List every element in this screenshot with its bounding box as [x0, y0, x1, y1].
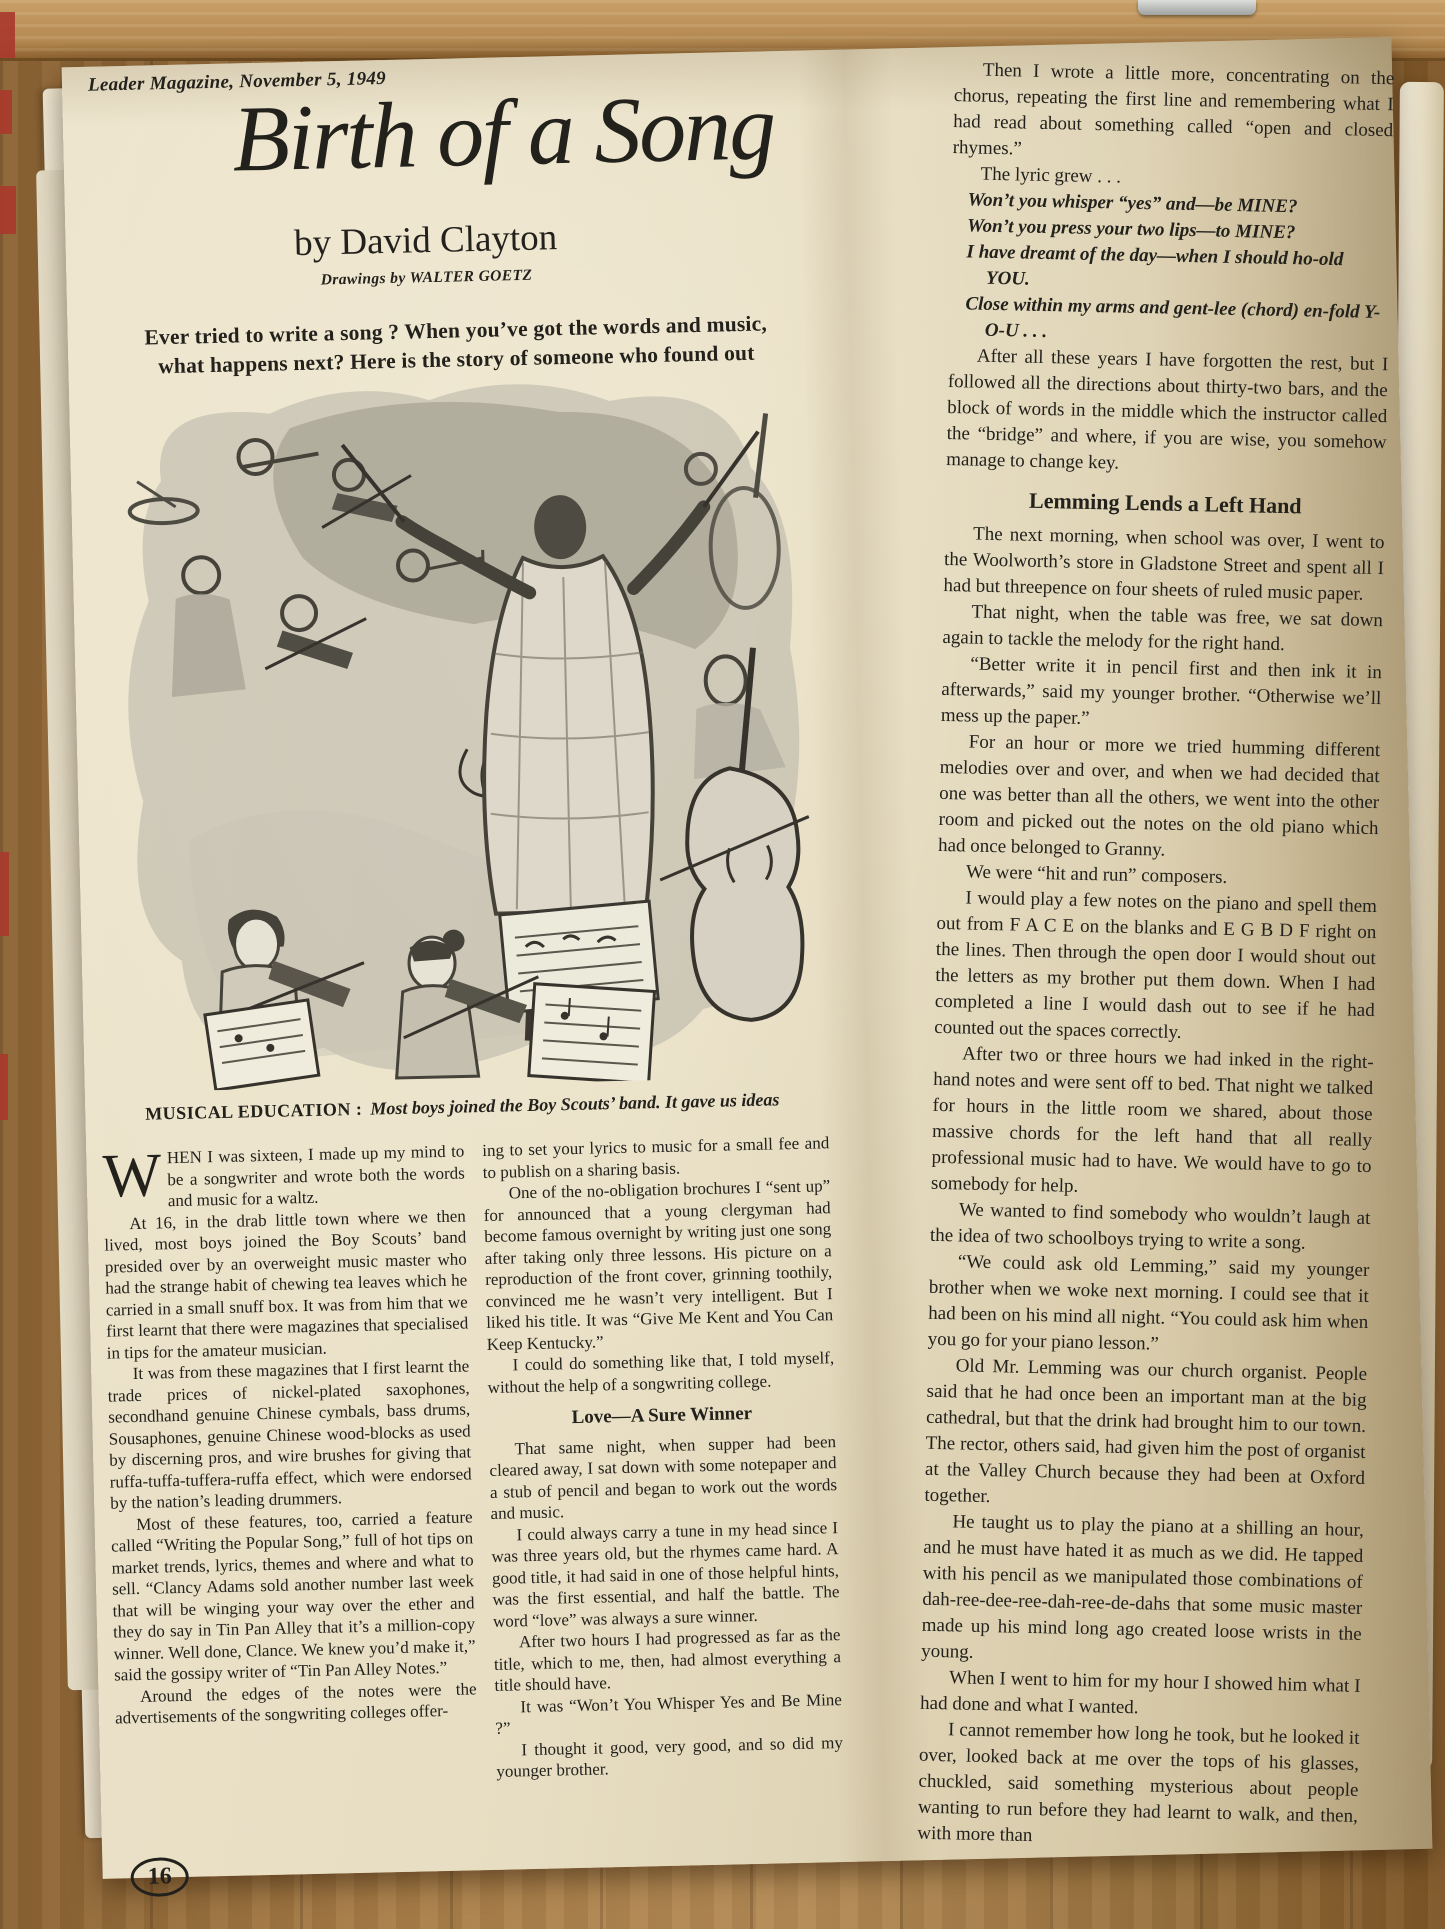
- paragraph: That night, when the table was free, we …: [942, 599, 1383, 660]
- paragraph: We wanted to find somebody who wouldn’t …: [930, 1197, 1371, 1258]
- paragraph: I would play a few notes on the piano an…: [934, 885, 1377, 1050]
- byline: by David Clayton: [125, 212, 726, 269]
- article-title: Birth of a Song: [132, 71, 874, 196]
- body-column-right: Then I wrote a little more, concentratin…: [917, 57, 1394, 1856]
- section-heading: Love—A Sure Winner: [488, 1401, 835, 1430]
- paragraph: Most of these features, too, carried a f…: [110, 1506, 476, 1686]
- paragraph: Old Mr. Lemming was our church organist.…: [924, 1353, 1367, 1518]
- paragraph: After all these years I have forgotten t…: [946, 343, 1389, 482]
- paragraph: I could do something like that, I told m…: [487, 1347, 835, 1398]
- paragraph: “We could ask old Lemming,” said my youn…: [927, 1249, 1369, 1362]
- paragraph: Then I wrote a little more, concentratin…: [952, 57, 1394, 170]
- drawings-credit: Drawings by WALTER GOETZ: [126, 262, 726, 294]
- paragraph: I thought it good, very good, and so did…: [496, 1732, 844, 1783]
- paragraph: WHEN I was sixteen, I made up my mind to…: [102, 1140, 465, 1213]
- paragraph: I cannot remember how long he took, but …: [917, 1717, 1360, 1856]
- red-ink-mark: [0, 1054, 8, 1120]
- paragraph: At 16, in the drab little town where we …: [104, 1205, 469, 1364]
- body-column-middle: ing to set your lyrics to music for a sm…: [482, 1132, 843, 1782]
- photo-caption: MUSICAL EDUCATION :Most boys joined the …: [99, 1088, 825, 1125]
- red-ink-mark: [0, 12, 15, 58]
- caption-label: MUSICAL EDUCATION :: [145, 1099, 363, 1124]
- paragraph: I have dreamt of the day—when I should h…: [950, 239, 1391, 300]
- paragraph: Around the edges of the notes were the a…: [114, 1678, 477, 1729]
- orchestra-illustration: [88, 347, 819, 1093]
- body-column-left: WHEN I was sixteen, I made up my mind to…: [102, 1140, 477, 1729]
- paragraph: One of the no-obligation brochures I “se…: [483, 1175, 834, 1355]
- caption-text: Most boys joined the Boy Scouts’ band. I…: [370, 1089, 780, 1118]
- section-heading: Lemming Lends a Left Hand: [945, 486, 1385, 521]
- red-ink-mark: [0, 852, 9, 936]
- paragraph: After two hours I had progressed as far …: [493, 1624, 841, 1696]
- metal-clip: [1138, 0, 1256, 15]
- paragraph: Close within my arms and gent-lee (chord…: [949, 291, 1390, 352]
- paragraph: For an hour or more we tried humming dif…: [938, 729, 1381, 868]
- paragraph: He taught us to play the piano at a shil…: [921, 1509, 1364, 1674]
- paragraph: “Better write it in pencil first and the…: [941, 651, 1383, 738]
- red-ink-mark: [0, 186, 16, 234]
- red-ink-mark: [0, 90, 12, 134]
- paragraph: After two or three hours we had inked in…: [931, 1041, 1374, 1206]
- paragraph: That same night, when supper had been cl…: [489, 1431, 838, 1525]
- paragraph: It was from these magazines that I first…: [107, 1355, 472, 1514]
- magazine-page: Leader Magazine, November 5, 1949 Birth …: [62, 37, 1433, 1879]
- paragraph: The next morning, when school was over, …: [943, 521, 1385, 608]
- paragraph: I could always carry a tune in my head s…: [491, 1517, 840, 1632]
- paragraph: When I went to him for my hour I showed …: [920, 1665, 1361, 1726]
